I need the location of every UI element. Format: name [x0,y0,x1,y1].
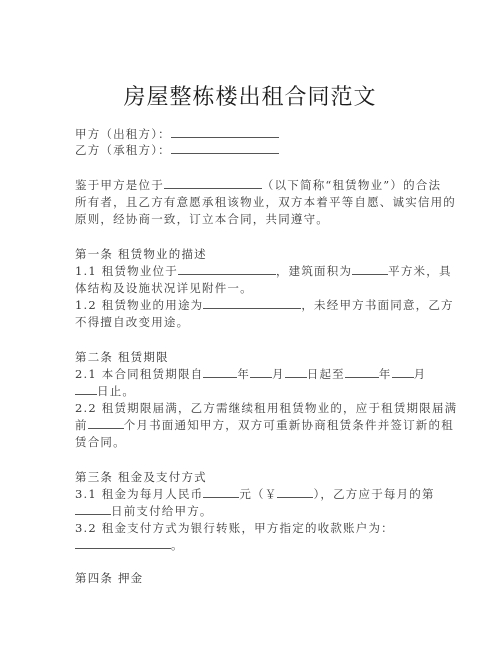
clause-2-2-line-2: 前个月书面通知甲方，双方可重新协商租赁条件并签订新的租 [75,418,430,432]
party-b-blank [171,143,279,154]
clause-text: 。 [171,538,184,552]
clause-text: 月 [414,367,427,381]
party-b-label: 乙方（承租方）： [75,143,171,157]
usage-blank [203,298,301,309]
clause-2-2-line-3: 赁合同。 [75,435,430,449]
party-a-line: 甲方（出租方）： [75,127,430,141]
clause-text: 3.1 租金为每月人民币 [75,487,203,501]
end-day-blank [75,384,97,395]
clause-text: 2.1 本合同租赁期限自 [75,367,203,381]
document-title: 房屋整栋楼出租合同范文 [0,80,500,111]
end-month-blank [392,367,414,378]
clause-1-1-line-1: 1.1 租赁物业位于，建筑面积为平方米，具 [75,264,430,278]
clause-text: ，未经甲方书面同意，乙方 [301,298,453,312]
clause-text: 个月书面通知甲方，双方可重新协商租赁条件并签订新的租 [124,418,454,432]
article-3-heading: 第三条 租金及支付方式 [75,470,430,484]
clause-text: ），乙方应于每月的第 [313,487,434,501]
location-blank [178,264,276,275]
clause-text: 前 [75,418,88,432]
preamble-text: 鉴于甲方是位于 [75,178,164,192]
clause-3-2-line-1: 3.2 租金支付方式为银行转账，甲方指定的收款账户为： [75,521,430,535]
clause-1-2-line-2: 不得擅自改变用途。 [75,315,430,329]
notice-months-blank [88,418,124,429]
start-year-blank [203,367,237,378]
preamble-line-3: 原则，经协商一致，订立本合同，共同遵守。 [75,212,430,226]
clause-text: 1.1 租赁物业位于 [75,264,178,278]
clause-text: 年 [379,367,392,381]
rent-amount-number-blank [277,487,313,498]
party-b-line: 乙方（承租方）： [75,143,430,157]
bank-account-blank [75,538,171,549]
article-4-heading: 第四条 押金 [75,571,430,585]
clause-1-2-line-1: 1.2 租赁物业的用途为，未经甲方书面同意，乙方 [75,298,430,312]
end-year-blank [345,367,379,378]
clause-2-1-line-1: 2.1 本合同租赁期限自年月日起至年月 [75,367,430,381]
clause-text: 日起至 [307,367,345,381]
clause-text: 平方米，具 [388,264,452,278]
area-blank [352,264,388,275]
clause-text: 元（￥ [239,487,277,501]
start-day-blank [285,367,307,378]
document-page: 房屋整栋楼出租合同范文 甲方（出租方）： 乙方（承租方）： 鉴于甲方是位于（以下… [0,0,500,647]
clause-3-2-line-2: 。 [75,538,430,552]
preamble-text: （以下简称“租赁物业”）的合法 [262,178,441,192]
clause-1-1-line-2: 体结构及设施状况详见附件一。 [75,281,430,295]
clause-2-2-line-1: 2.2 租赁期限届满，乙方需继续租用租赁物业的，应于租赁期限届满 [75,401,430,415]
clause-2-1-line-2: 日止。 [75,384,430,398]
article-2-heading: 第二条 租赁期限 [75,350,430,364]
clause-3-1-line-1: 3.1 租金为每月人民币元（￥），乙方应于每月的第 [75,487,430,501]
clause-text: 月 [272,367,285,381]
clause-text: 1.2 租赁物业的用途为 [75,298,203,312]
property-location-blank [164,178,262,189]
party-a-blank [171,127,279,138]
clause-text: 日止。 [97,384,135,398]
clause-3-1-line-2: 日前支付给甲方。 [75,504,430,518]
clause-text: 日前支付给甲方。 [111,504,213,518]
rent-amount-words-blank [203,487,239,498]
clause-text: 年 [237,367,250,381]
payment-day-blank [75,504,111,515]
start-month-blank [250,367,272,378]
preamble-line-2: 所有者，且乙方有意愿承租该物业，双方本着平等自愿、诚实信用的 [75,195,430,209]
preamble-line-1: 鉴于甲方是位于（以下简称“租赁物业”）的合法 [75,178,430,192]
party-a-label: 甲方（出租方）： [75,127,171,141]
clause-text: ，建筑面积为 [276,264,352,278]
article-1-heading: 第一条 租赁物业的描述 [75,247,430,261]
